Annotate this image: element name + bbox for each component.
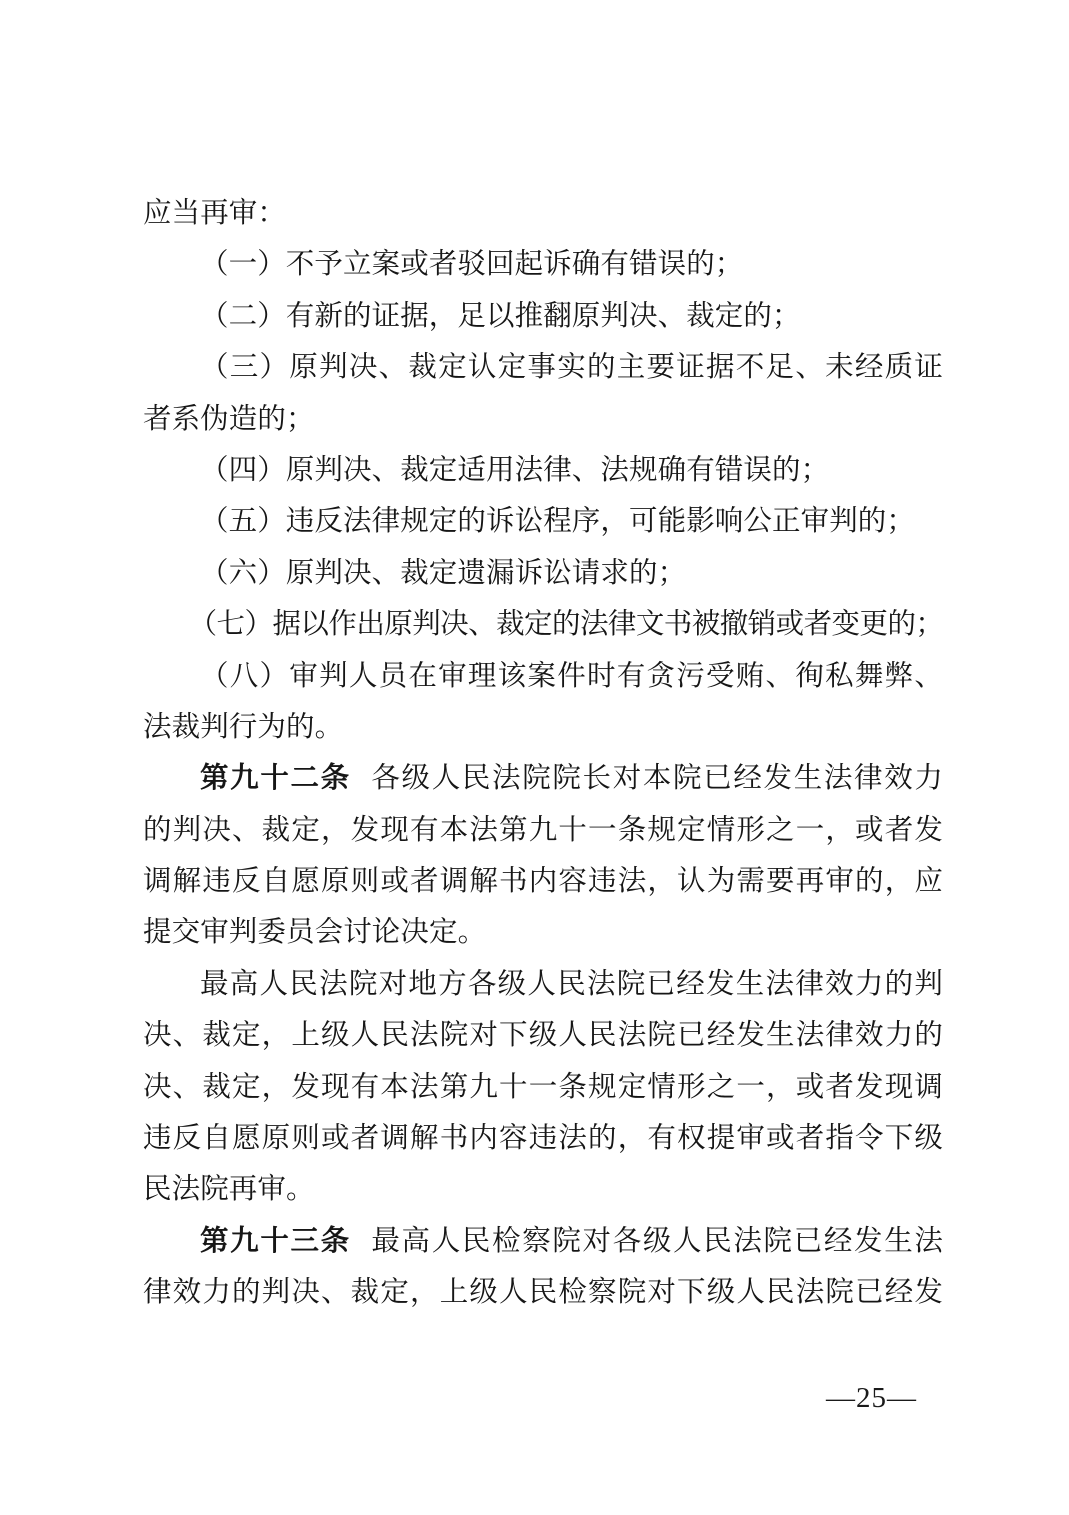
- text-line: （六）原判决、裁定遗漏诉讼请求的；: [143, 548, 943, 599]
- text-line: 最高人民法院对地方各级人民法院已经发生法律效力的判: [143, 959, 943, 1010]
- text-line: （二）有新的证据，足以推翻原判决、裁定的；: [143, 291, 943, 342]
- page-number: —25—: [826, 1378, 917, 1418]
- text-line: 律效力的判决、裁定，上级人民检察院对下级人民法院已经发生: [143, 1267, 943, 1318]
- text-line: 的判决、裁定，发现有本法第九十一条规定情形之一，或者发现: [143, 805, 943, 856]
- text-line: （一）不予立案或者驳回起诉确有错误的；: [143, 239, 943, 290]
- text-line: 第九十三条最高人民检察院对各级人民法院已经发生法: [143, 1216, 943, 1267]
- text-line: 提交审判委员会讨论决定。: [143, 907, 943, 958]
- text-line: 违反自愿原则或者调解书内容违法的，有权提审或者指令下级人: [143, 1113, 943, 1164]
- text-line: 决、裁定，上级人民法院对下级人民法院已经发生法律效力的判: [143, 1010, 943, 1061]
- text-line: 应当再审：: [143, 188, 943, 239]
- text-line: 第九十二条各级人民法院院长对本院已经发生法律效力: [143, 753, 943, 804]
- text-line: 决、裁定，发现有本法第九十一条规定情形之一，或者发现调解: [143, 1062, 943, 1113]
- text-line: （三）原判决、裁定认定事实的主要证据不足、未经质证或: [143, 342, 943, 393]
- text-line: （八）审判人员在审理该案件时有贪污受贿、徇私舞弊、枉: [143, 651, 943, 702]
- text-line: 者系伪造的；: [143, 394, 943, 445]
- text-line: （五）违反法律规定的诉讼程序，可能影响公正审判的；: [143, 496, 943, 547]
- text-line: 法裁判行为的。: [143, 702, 943, 753]
- document-page: 应当再审：（一）不予立案或者驳回起诉确有错误的；（二）有新的证据，足以推翻原判决…: [0, 0, 1069, 1515]
- article-number: 第九十三条: [200, 1225, 351, 1257]
- text-line: （七）据以作出原判决、裁定的法律文书被撤销或者变更的；: [143, 599, 943, 650]
- article-number: 第九十二条: [200, 762, 351, 794]
- text-line: 调解违反自愿原则或者调解书内容违法，认为需要再审的，应当: [143, 856, 943, 907]
- text-line: （四）原判决、裁定适用法律、法规确有错误的；: [143, 445, 943, 496]
- text-line: 民法院再审。: [143, 1164, 943, 1215]
- document-body: 应当再审：（一）不予立案或者驳回起诉确有错误的；（二）有新的证据，足以推翻原判决…: [143, 188, 943, 1319]
